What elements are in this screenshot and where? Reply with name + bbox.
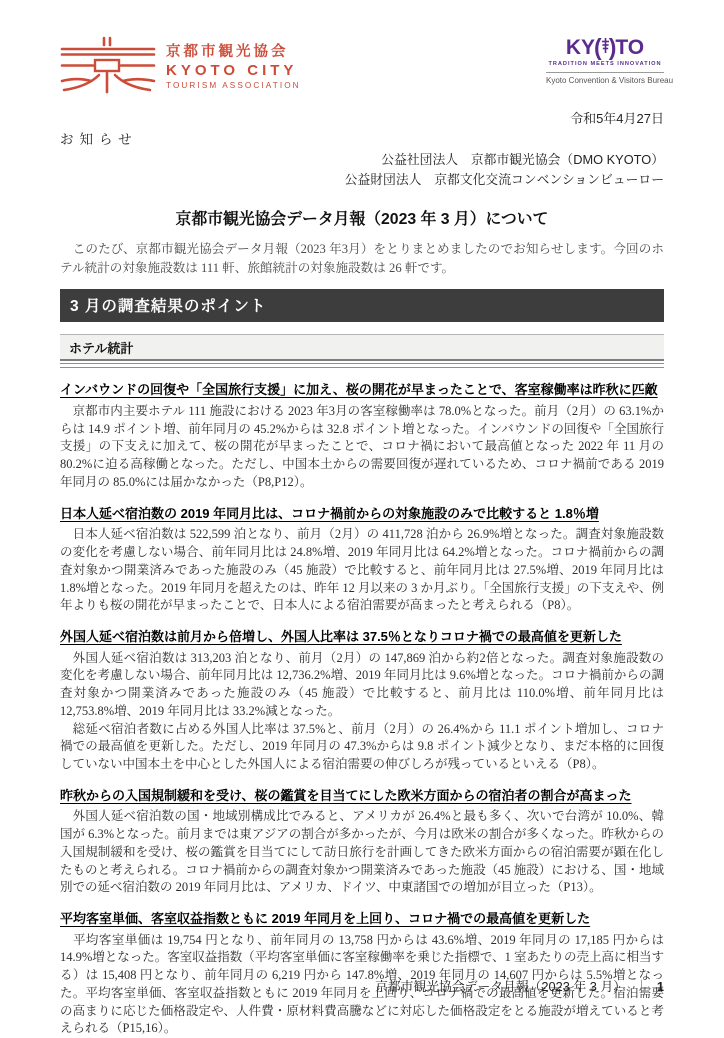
document-page: 京都市観光協会 KYOTO CITY TOURISM ASSOCIATION K… <box>0 0 724 1024</box>
section-heading: 平均客室単価、客室収益指数ともに 2019 年同月を上回り、コロナ禍での最高値を… <box>60 910 664 928</box>
hotel-statistics-label: ホテル統計 <box>60 334 664 361</box>
section-room-rates: 平均客室単価、客室収益指数ともに 2019 年同月を上回り、コロナ禍での最高値を… <box>60 910 664 1038</box>
footer-title: 京都市観光協会データ月報（2023 年 3 月） <box>375 979 626 994</box>
section-paragraph: 総延べ宿泊者数に占める外国人比率は 37.5%と、前月（2月）の 26.4%から… <box>60 721 664 774</box>
section-paragraph: 日本人延べ宿泊数は 522,599 泊となり、前月（2月）の 411,728 泊… <box>60 526 664 615</box>
section-japanese-guests: 日本人延べ宿泊数の 2019 年同月比は、コロナ禍前からの対象施設のみで比較する… <box>60 505 664 615</box>
kyoto-kanji-mark-icon <box>60 36 156 99</box>
wordmark-ky: KY <box>566 37 595 58</box>
kyoto-wordmark: KY()TO <box>546 36 664 59</box>
results-banner: 3 月の調査結果のポイント <box>60 289 664 322</box>
section-paragraph: 京都市内主要ホテル 111 施設における 2023 年3月の客室稼働率は 78.… <box>60 403 664 492</box>
intro-paragraph: このたび、京都市観光協会データ月報（2023 年3月）をとりまとめましたのでお知… <box>60 240 664 278</box>
notice-label: お知らせ <box>60 128 664 148</box>
issue-date: 令和5年4月27日 <box>60 108 664 127</box>
section-heading: インバウンドの回復や「全国旅行支援」に加え、桜の開花が早まったことで、客室稼働率… <box>60 381 664 399</box>
section-paragraph: 外国人延べ宿泊数は 313,203 泊となり、前月（2月）の 147,869 泊… <box>60 650 664 721</box>
logo-divider <box>546 72 664 73</box>
wordmark-to: TO <box>615 37 644 58</box>
footer-separator: ｜ <box>635 979 648 994</box>
section-paragraph: 外国人延べ宿泊数の国・地域別構成比でみると、アメリカが 26.4%と最も多く、次… <box>60 808 664 897</box>
logo-en-subname: TOURISM ASSOCIATION <box>166 81 301 90</box>
page-number: 1 <box>657 979 664 994</box>
logo-bureau-name: Kyoto Convention & Visitors Bureau <box>546 76 664 85</box>
logo-tagline: TRADITION MEETS INNOVATION <box>546 61 664 67</box>
kyoto-cvb-logo: KY()TO TRADITION MEETS INNOVATION Kyoto … <box>546 36 664 85</box>
issuing-organizations: 公益社団法人 京都市観光協会（DMO KYOTO） 公益財団法人 京都文化交流コ… <box>60 150 664 190</box>
logo-jp-name: 京都市観光協会 <box>166 45 301 61</box>
section-foreign-guests: 外国人延べ宿泊数は前月から倍増し、外国人比率は 37.5％となりコロナ禍での最高… <box>60 628 664 774</box>
header: 京都市観光協会 KYOTO CITY TOURISM ASSOCIATION K… <box>60 36 664 99</box>
kyoto-city-tourism-logo-text: 京都市観光協会 KYOTO CITY TOURISM ASSOCIATION <box>166 45 301 90</box>
section-heading: 日本人延べ宿泊数の 2019 年同月比は、コロナ禍前からの対象施設のみで比較する… <box>60 505 664 523</box>
page-footer: 京都市観光協会データ月報（2023 年 3 月）｜1 <box>375 976 664 995</box>
section-heading: 外国人延べ宿泊数は前月から倍増し、外国人比率は 37.5％となりコロナ禍での最高… <box>60 628 664 646</box>
section-heading: 昨秋からの入国規制緩和を受け、桜の鑑賞を目当てにした欧米方面からの宿泊者の割合が… <box>60 787 664 805</box>
double-rule-divider <box>60 363 664 368</box>
org-line-1: 公益社団法人 京都市観光協会（DMO KYOTO） <box>60 150 664 170</box>
kyoto-city-tourism-logo: 京都市観光協会 KYOTO CITY TOURISM ASSOCIATION <box>60 36 301 99</box>
logo-en-name: KYOTO CITY <box>166 63 301 80</box>
section-occupancy: インバウンドの回復や「全国旅行支援」に加え、桜の開花が早まったことで、客室稼働率… <box>60 381 664 491</box>
org-line-2: 公益財団法人 京都文化交流コンベンションビューロー <box>60 170 664 190</box>
page-title: 京都市観光協会データ月報（2023 年 3 月）について <box>60 206 664 229</box>
section-western-visitors: 昨秋からの入国規制緩和を受け、桜の鑑賞を目当てにした欧米方面からの宿泊者の割合が… <box>60 787 664 897</box>
